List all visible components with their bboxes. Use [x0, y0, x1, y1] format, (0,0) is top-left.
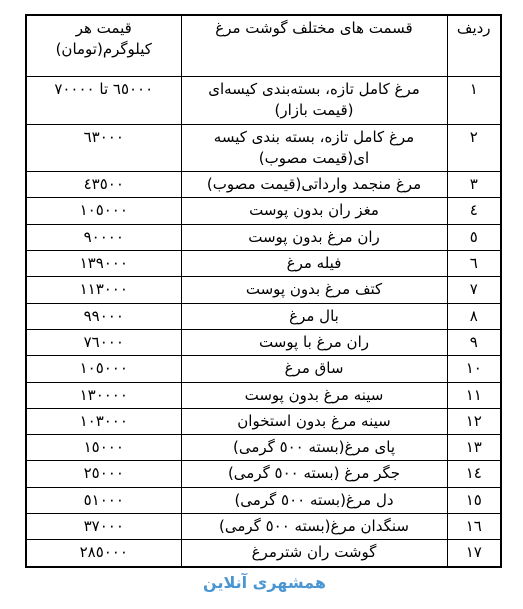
table-row: ٩ ران مرغ با پوست ٧٦٠٠٠ [26, 329, 501, 355]
row-number: ١٣ [447, 435, 501, 461]
table-header: ردیف قسمت های مختلف گوشت مرغ قیمت هر کیل… [26, 15, 501, 77]
item-name: مرغ کامل تازه، بسته بندی کیسه ای(قیمت مص… [181, 124, 447, 172]
item-name: مغز ران بدون پوست [181, 198, 447, 224]
item-price: ٣٧٠٠٠ [26, 514, 181, 540]
table-row: ١٦ سنگدان مرغ(بسته ٥٠٠ گرمی) ٣٧٠٠٠ [26, 514, 501, 540]
row-number: ١٧ [447, 540, 501, 567]
item-price: ٩٩٠٠٠ [26, 303, 181, 329]
row-number: ١٥ [447, 487, 501, 513]
header-item: قسمت های مختلف گوشت مرغ [181, 15, 447, 77]
item-price: ٩٠٠٠٠ [26, 224, 181, 250]
row-number: ٧ [447, 277, 501, 303]
table-row: ١٧ گوشت ران شترمرغ ٢٨٥٠٠٠ [26, 540, 501, 567]
item-price: ١٠٥٠٠٠ [26, 198, 181, 224]
row-number: ٦ [447, 251, 501, 277]
table-row: ٤ مغز ران بدون پوست ١٠٥٠٠٠ [26, 198, 501, 224]
item-name: سنگدان مرغ(بسته ٥٠٠ گرمی) [181, 514, 447, 540]
item-name: ران مرغ بدون پوست [181, 224, 447, 250]
header-row-number: ردیف [447, 15, 501, 77]
item-price: ٢٨٥٠٠٠ [26, 540, 181, 567]
row-number: ١١ [447, 382, 501, 408]
item-price: ١٠٣٠٠٠ [26, 408, 181, 434]
row-number: ٤ [447, 198, 501, 224]
table-row: ١٣ پای مرغ(بسته ٥٠٠ گرمی) ١٥٠٠٠ [26, 435, 501, 461]
row-number: ٥ [447, 224, 501, 250]
item-price: ١١٣٠٠٠ [26, 277, 181, 303]
table-body: ١ مرغ کامل تازه، بسته‌بندی کیسه‌ای (قیمت… [26, 77, 501, 567]
table-row: ١٠ ساق مرغ ١٠٥٠٠٠ [26, 356, 501, 382]
row-number: ١٤ [447, 461, 501, 487]
table-row: ١١ سینه مرغ بدون پوست ١٣٠٠٠٠ [26, 382, 501, 408]
table-row: ١٤ جگر مرغ (بسته ٥٠٠ گرمی) ٢٥٠٠٠ [26, 461, 501, 487]
item-name: سینه مرغ بدون استخوان [181, 408, 447, 434]
item-price: ١٠٥٠٠٠ [26, 356, 181, 382]
table-row: ١٥ دل مرغ(بسته ٥٠٠ گرمی) ٥١٠٠٠ [26, 487, 501, 513]
row-number: ٣ [447, 172, 501, 198]
item-name: مرغ منجمد وارداتی(قیمت مصوب) [181, 172, 447, 198]
item-price: ٤٣٥٠٠ [26, 172, 181, 198]
item-name: بال مرغ [181, 303, 447, 329]
item-name: جگر مرغ (بسته ٥٠٠ گرمی) [181, 461, 447, 487]
item-name: ساق مرغ [181, 356, 447, 382]
item-price: ٢٥٠٠٠ [26, 461, 181, 487]
item-price: ١٥٠٠٠ [26, 435, 181, 461]
table-row: ١ مرغ کامل تازه، بسته‌بندی کیسه‌ای (قیمت… [26, 77, 501, 125]
item-name: پای مرغ(بسته ٥٠٠ گرمی) [181, 435, 447, 461]
item-name: گوشت ران شترمرغ [181, 540, 447, 567]
row-number: ١ [447, 77, 501, 125]
row-number: ٢ [447, 124, 501, 172]
table-row: ٣ مرغ منجمد وارداتی(قیمت مصوب) ٤٣٥٠٠ [26, 172, 501, 198]
row-number: ١٦ [447, 514, 501, 540]
item-price: ١٣٠٠٠٠ [26, 382, 181, 408]
table-row: ١٢ سینه مرغ بدون استخوان ١٠٣٠٠٠ [26, 408, 501, 434]
row-number: ١٢ [447, 408, 501, 434]
header-row: ردیف قسمت های مختلف گوشت مرغ قیمت هر کیل… [26, 15, 501, 77]
item-name: ران مرغ با پوست [181, 329, 447, 355]
item-name: فیله مرغ [181, 251, 447, 277]
page: ردیف قسمت های مختلف گوشت مرغ قیمت هر کیل… [0, 0, 523, 592]
item-price: ٥١٠٠٠ [26, 487, 181, 513]
table-row: ٢ مرغ کامل تازه، بسته بندی کیسه ای(قیمت … [26, 124, 501, 172]
row-number: ٨ [447, 303, 501, 329]
table-row: ٦ فیله مرغ ١٣٩٠٠٠ [26, 251, 501, 277]
row-number: ٩ [447, 329, 501, 355]
source-credit-link[interactable]: همشهری آنلاین [27, 573, 502, 592]
item-price: ٦٥٠٠٠ تا ٧٠٠٠٠ [26, 77, 181, 125]
item-name: کتف مرغ بدون پوست [181, 277, 447, 303]
item-price: ١٣٩٠٠٠ [26, 251, 181, 277]
item-name: مرغ کامل تازه، بسته‌بندی کیسه‌ای (قیمت ب… [181, 77, 447, 125]
item-price: ٦٣٠٠٠ [26, 124, 181, 172]
header-price: قیمت هر کیلوگرم(تومان) [26, 15, 181, 77]
item-name: سینه مرغ بدون پوست [181, 382, 447, 408]
chicken-price-table: ردیف قسمت های مختلف گوشت مرغ قیمت هر کیل… [25, 14, 502, 568]
table-row: ٧ کتف مرغ بدون پوست ١١٣٠٠٠ [26, 277, 501, 303]
item-price: ٧٦٠٠٠ [26, 329, 181, 355]
item-name: دل مرغ(بسته ٥٠٠ گرمی) [181, 487, 447, 513]
table-row: ٥ ران مرغ بدون پوست ٩٠٠٠٠ [26, 224, 501, 250]
row-number: ١٠ [447, 356, 501, 382]
table-row: ٨ بال مرغ ٩٩٠٠٠ [26, 303, 501, 329]
